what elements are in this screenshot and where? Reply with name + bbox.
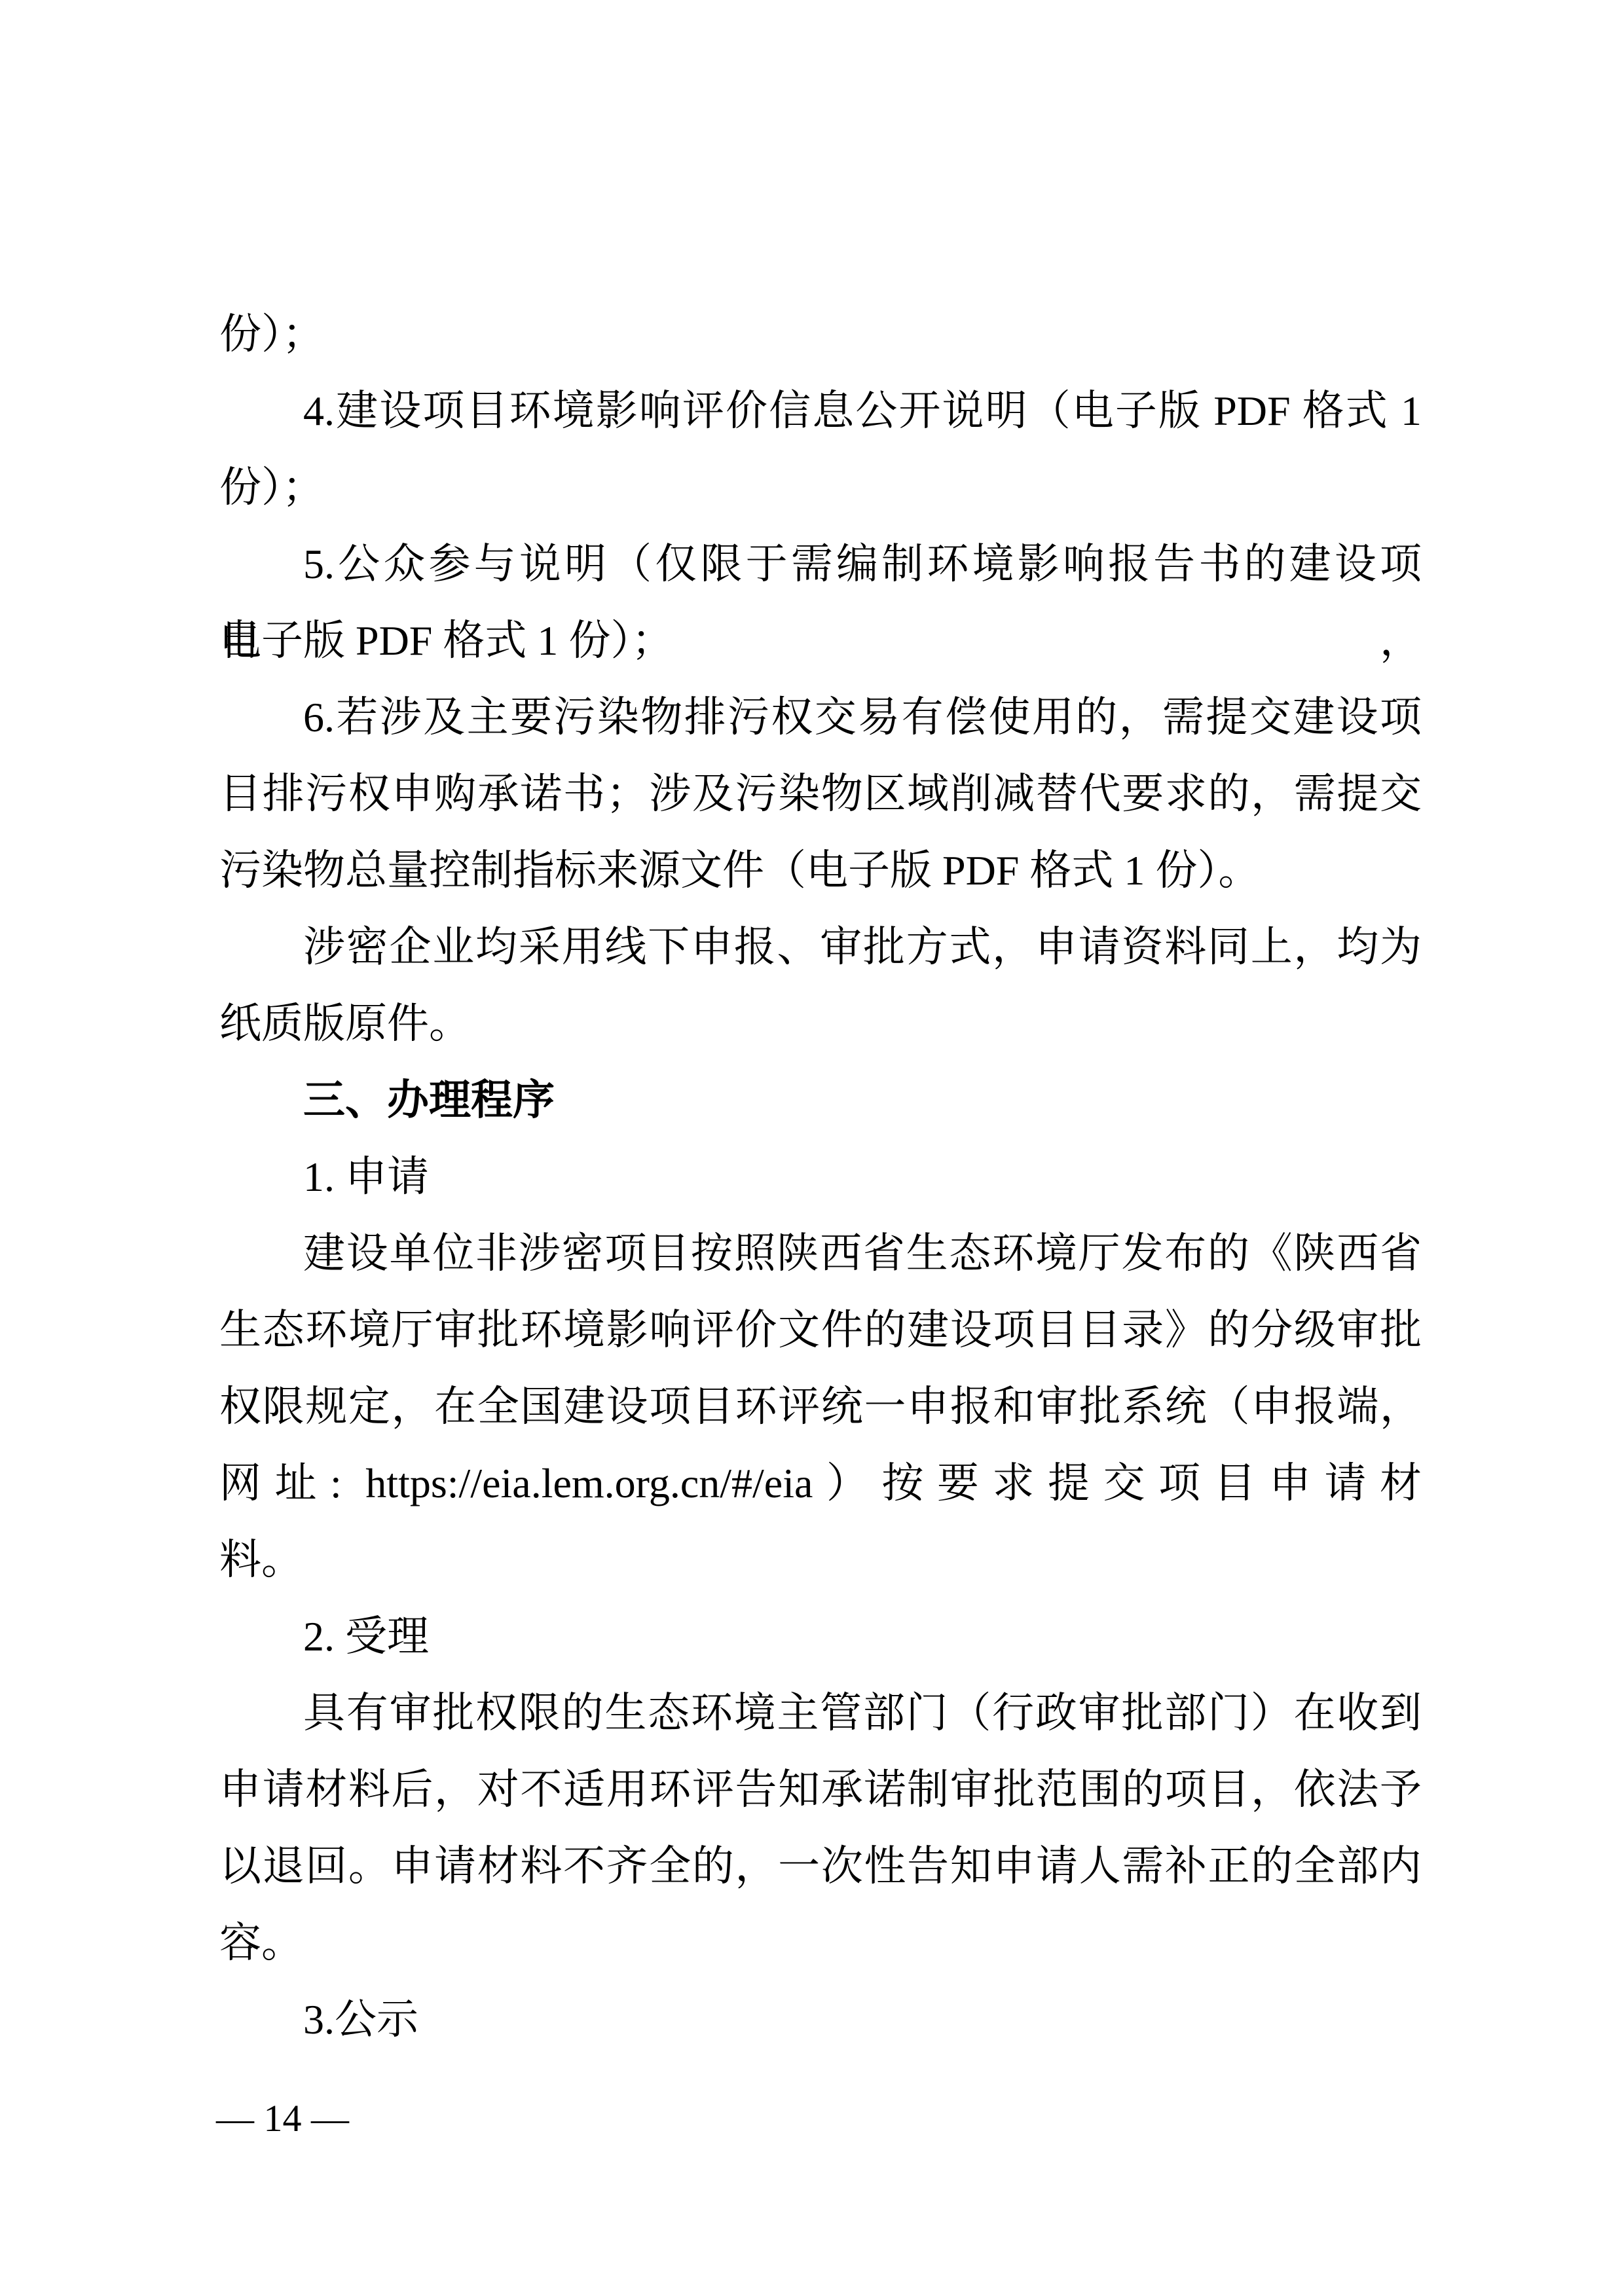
text-line: 4.建设项目环境影响评价信息公开说明（电子版 PDF 格式 1 xyxy=(219,373,1422,449)
text-line: 2. 受理 xyxy=(219,1598,1422,1675)
text-line: 网址: https://eia.lem.org.cn/#/eia）按要求提交项目… xyxy=(219,1445,1422,1522)
text-line: 3.公示 xyxy=(219,1981,1422,2058)
page-number: — 14 — xyxy=(216,2092,349,2145)
text-line: 权限规定，在全国建设项目环评统一申报和审批系统（申报端， xyxy=(219,1368,1422,1445)
document-page: 份）；4.建设项目环境影响评价信息公开说明（电子版 PDF 格式 1份）；5.公… xyxy=(0,0,1624,2296)
text-line: 纸质版原件。 xyxy=(219,985,1422,1062)
text-line: 生态环境厅审批环境影响评价文件的建设项目目录》的分级审批 xyxy=(219,1292,1422,1368)
text-line: 以退回。申请材料不齐全的，一次性告知申请人需补正的全部内 xyxy=(219,1828,1422,1904)
text-line: 容。 xyxy=(219,1904,1422,1981)
section-heading: 三、办理程序 xyxy=(219,1062,1422,1139)
text-line: 6.若涉及主要污染物排污权交易有偿使用的，需提交建设项 xyxy=(219,679,1422,756)
text-line: 份）； xyxy=(219,449,1422,526)
text-line: 污染物总量控制指标来源文件（电子版 PDF 格式 1 份）。 xyxy=(219,832,1422,909)
text-line: 具有审批权限的生态环境主管部门（行政审批部门）在收到 xyxy=(219,1675,1422,1751)
text-line: 5.公众参与说明（仅限于需编制环境影响报告书的建设项目， xyxy=(219,526,1422,602)
text-line: 申请材料后，对不适用环评告知承诺制审批范围的项目，依法予 xyxy=(219,1751,1422,1828)
text-line: 1. 申请 xyxy=(219,1139,1422,1215)
text-line: 料。 xyxy=(219,1522,1422,1598)
text-line: 目排污权申购承诺书；涉及污染物区域削减替代要求的，需提交 xyxy=(219,756,1422,832)
text-lines: 份）；4.建设项目环境影响评价信息公开说明（电子版 PDF 格式 1份）；5.公… xyxy=(219,296,1422,2058)
text-line: 涉密企业均采用线下申报、审批方式，申请资料同上，均为 xyxy=(219,909,1422,985)
text-line: 建设单位非涉密项目按照陕西省生态环境厅发布的《陕西省 xyxy=(219,1215,1422,1292)
text-line: 份）； xyxy=(219,296,1422,373)
